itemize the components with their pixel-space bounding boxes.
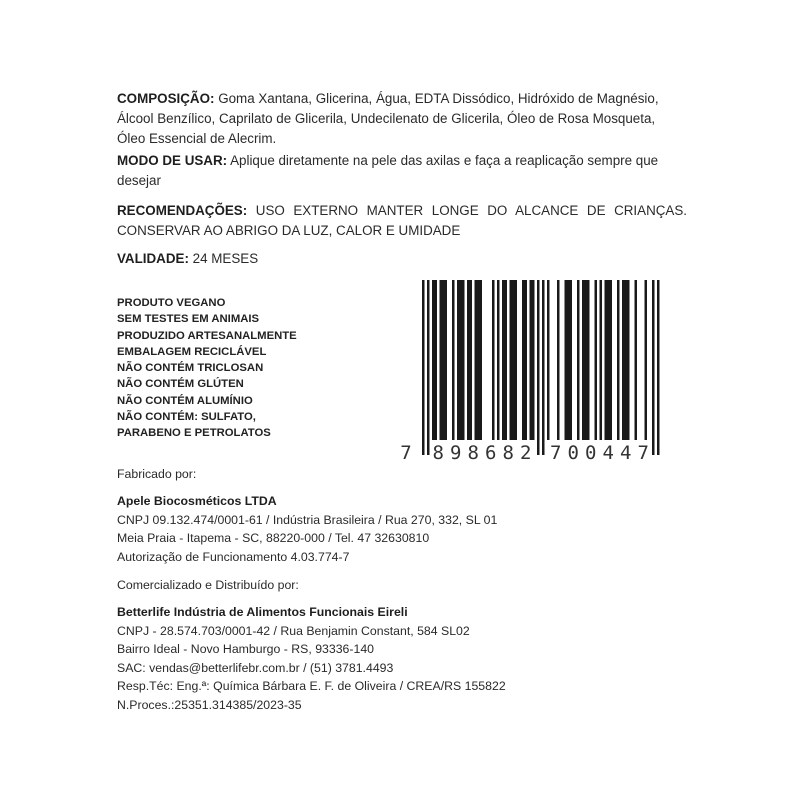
ean13-barcode: 7898682700447 bbox=[395, 278, 670, 468]
svg-text:8: 8 bbox=[433, 442, 444, 464]
distributor-line: N.Proces.:25351.314385/2023-35 bbox=[117, 696, 506, 715]
claim-item: PRODUTO VEGANO bbox=[117, 295, 297, 311]
claim-item: NÃO CONTÉM ALUMÍNIO bbox=[117, 393, 297, 409]
svg-text:9: 9 bbox=[450, 442, 461, 464]
svg-text:8: 8 bbox=[503, 442, 514, 464]
validity-section: VALIDADE: 24 MESES bbox=[117, 249, 687, 269]
manufacturer-heading: Fabricado por: bbox=[117, 465, 196, 484]
claim-item: NÃO CONTÉM TRICLOSAN bbox=[117, 360, 297, 376]
svg-text:7: 7 bbox=[400, 442, 411, 464]
manufacturer-line: CNPJ 09.132.474/0001-61 / Indústria Bras… bbox=[117, 511, 497, 530]
svg-text:0: 0 bbox=[568, 442, 579, 464]
usage-label: MODO DE USAR: bbox=[117, 153, 227, 168]
svg-text:7: 7 bbox=[638, 442, 649, 464]
composition-label: COMPOSIÇÃO: bbox=[117, 91, 214, 106]
svg-text:4: 4 bbox=[620, 442, 631, 464]
distributor-info: Betterlife Indústria de Alimentos Funcio… bbox=[117, 603, 506, 714]
recommendations-section: RECOMENDAÇÕES: USO EXTERNO MANTER LONGE … bbox=[117, 201, 687, 241]
usage-section: MODO DE USAR: Aplique diretamente na pel… bbox=[117, 151, 687, 191]
distributor-line: SAC: vendas@betterlifebr.com.br / (51) 3… bbox=[117, 659, 506, 678]
recommendations-label: RECOMENDAÇÕES: bbox=[117, 203, 247, 218]
claim-item: NÃO CONTÉM GLÚTEN bbox=[117, 376, 297, 392]
manufacturer-line: Autorização de Funcionamento 4.03.774-7 bbox=[117, 548, 497, 567]
svg-text:8: 8 bbox=[468, 442, 479, 464]
validity-label: VALIDADE: bbox=[117, 251, 189, 266]
claim-item: PARABENO E PETROLATOS bbox=[117, 425, 297, 441]
svg-text:7: 7 bbox=[550, 442, 561, 464]
distributor-name: Betterlife Indústria de Alimentos Funcio… bbox=[117, 603, 506, 622]
claim-item: NÃO CONTÉM: SULFATO, bbox=[117, 409, 297, 425]
claim-item: EMBALAGEM RECICLÁVEL bbox=[117, 344, 297, 360]
svg-text:4: 4 bbox=[603, 442, 614, 464]
product-claims-list: PRODUTO VEGANO SEM TESTES EM ANIMAIS PRO… bbox=[117, 295, 297, 442]
claim-item: PRODUZIDO ARTESANALMENTE bbox=[117, 328, 297, 344]
manufacturer-line: Meia Praia - Itapema - SC, 88220-000 / T… bbox=[117, 529, 497, 548]
distributor-line: Bairro Ideal - Novo Hamburgo - RS, 93336… bbox=[117, 640, 506, 659]
distributor-line: CNPJ - 28.574.703/0001-42 / Rua Benjamin… bbox=[117, 622, 506, 641]
manufacturer-info: Apele Biocosméticos LTDA CNPJ 09.132.474… bbox=[117, 492, 497, 566]
svg-text:2: 2 bbox=[520, 442, 531, 464]
claim-item: SEM TESTES EM ANIMAIS bbox=[117, 311, 297, 327]
svg-text:0: 0 bbox=[585, 442, 596, 464]
validity-text: 24 MESES bbox=[189, 251, 258, 266]
distributor-line: Resp.Téc: Eng.ª: Química Bárbara E. F. d… bbox=[117, 677, 506, 696]
manufacturer-name: Apele Biocosméticos LTDA bbox=[117, 492, 497, 511]
composition-section: COMPOSIÇÃO: Goma Xantana, Glicerina, Águ… bbox=[117, 89, 687, 149]
distributor-heading: Comercializado e Distribuído por: bbox=[117, 576, 299, 595]
svg-text:6: 6 bbox=[485, 442, 496, 464]
